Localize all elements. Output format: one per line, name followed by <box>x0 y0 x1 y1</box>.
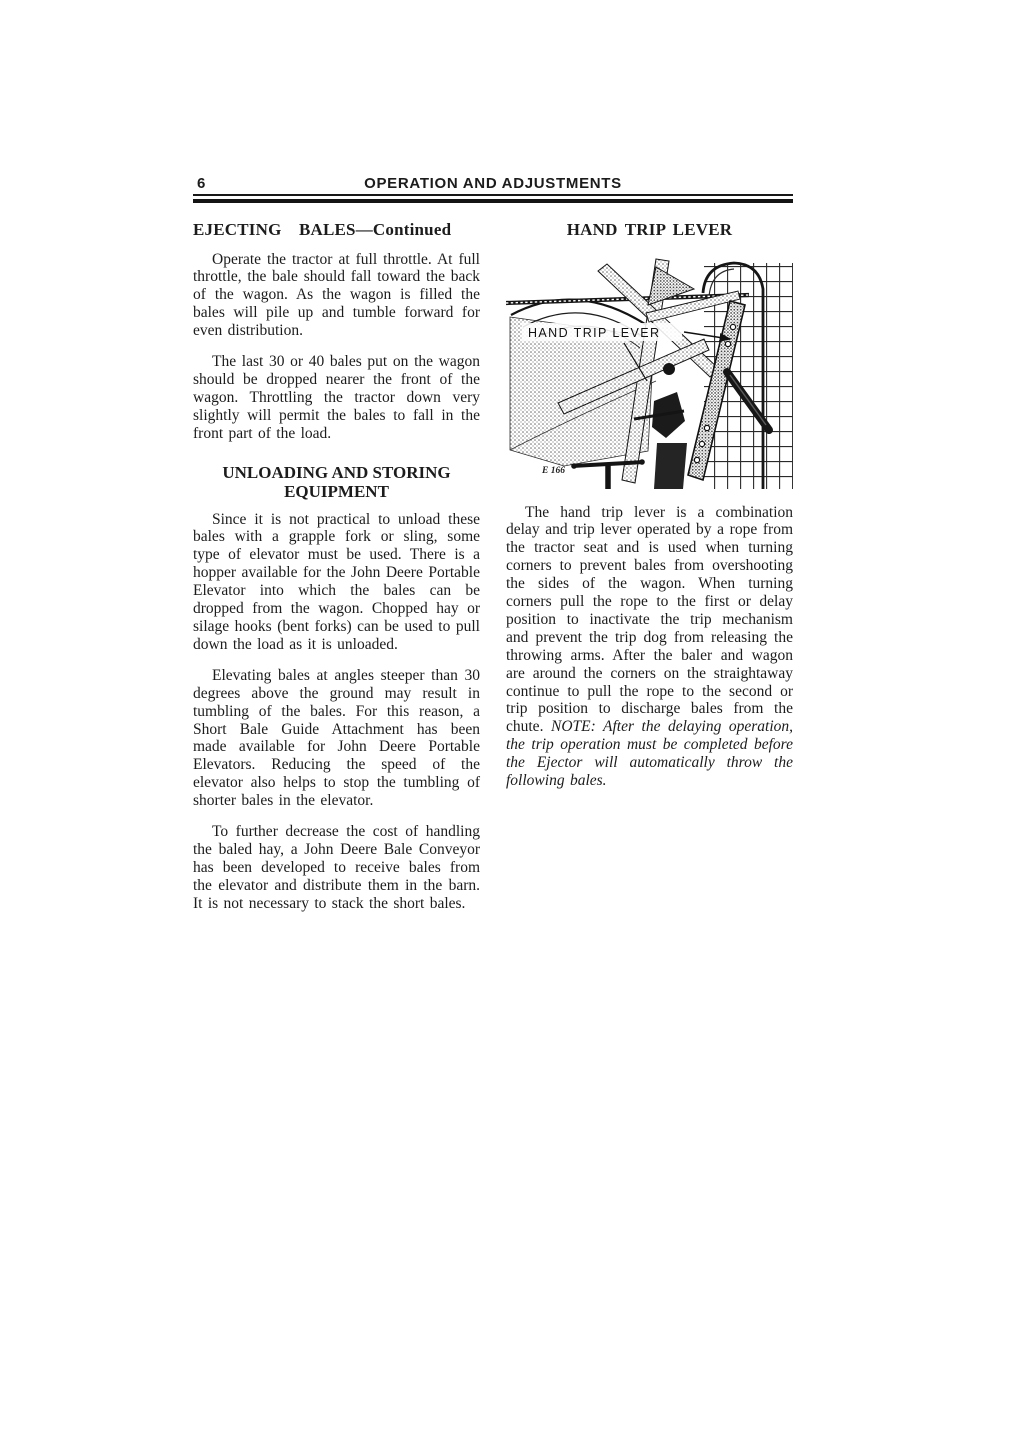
hand-trip-lever-note: NOTE: After the delaying operation, the … <box>506 718 793 789</box>
hand-trip-lever-callout-text: HAND TRIP LEVER <box>528 326 660 340</box>
right-column: HAND TRIP LEVER <box>506 220 793 926</box>
hand-trip-lever-paragraph: The hand trip lever is a combination del… <box>506 504 793 791</box>
hand-trip-lever-heading: HAND TRIP LEVER <box>506 220 793 240</box>
page-number: 6 <box>197 175 205 192</box>
paragraph-bale-conveyor: To further decrease the cost of handling… <box>193 823 480 913</box>
baler-engraving-illustration: HAND TRIP LEVER E 166 <box>506 251 793 489</box>
running-header: 6 OPERATION AND ADJUSTMENTS <box>193 175 793 192</box>
ejecting-bales-heading: EJECTING BALES—Continued <box>193 220 480 240</box>
page-content: 6 OPERATION AND ADJUSTMENTS EJECTING BAL… <box>193 175 793 926</box>
paragraph-last-bales: The last 30 or 40 bales put on the wagon… <box>193 353 480 443</box>
header-rule-thick <box>193 199 793 203</box>
paragraph-operate-tractor: Operate the tractor at full throttle. At… <box>193 251 480 341</box>
unloading-storing-heading: UNLOADING AND STORING EQUIPMENT <box>211 463 463 502</box>
paragraph-elevating-angles: Elevating bales at angles steeper than 3… <box>193 667 480 810</box>
figure-code-text: E 166 <box>541 466 565 476</box>
running-header-title: OPERATION AND ADJUSTMENTS <box>193 175 793 192</box>
hand-trip-lever-text: The hand trip lever is a combination del… <box>506 504 793 736</box>
left-column: EJECTING BALES—Continued Operate the tra… <box>193 220 480 926</box>
hand-trip-lever-figure: HAND TRIP LEVER E 166 <box>506 251 793 489</box>
manual-page: 6 OPERATION AND ADJUSTMENTS EJECTING BAL… <box>0 0 1024 1449</box>
two-column-layout: EJECTING BALES—Continued Operate the tra… <box>193 220 793 926</box>
header-rule-thin <box>193 194 793 196</box>
paragraph-unload-elevator: Since it is not practical to unload thes… <box>193 511 480 654</box>
